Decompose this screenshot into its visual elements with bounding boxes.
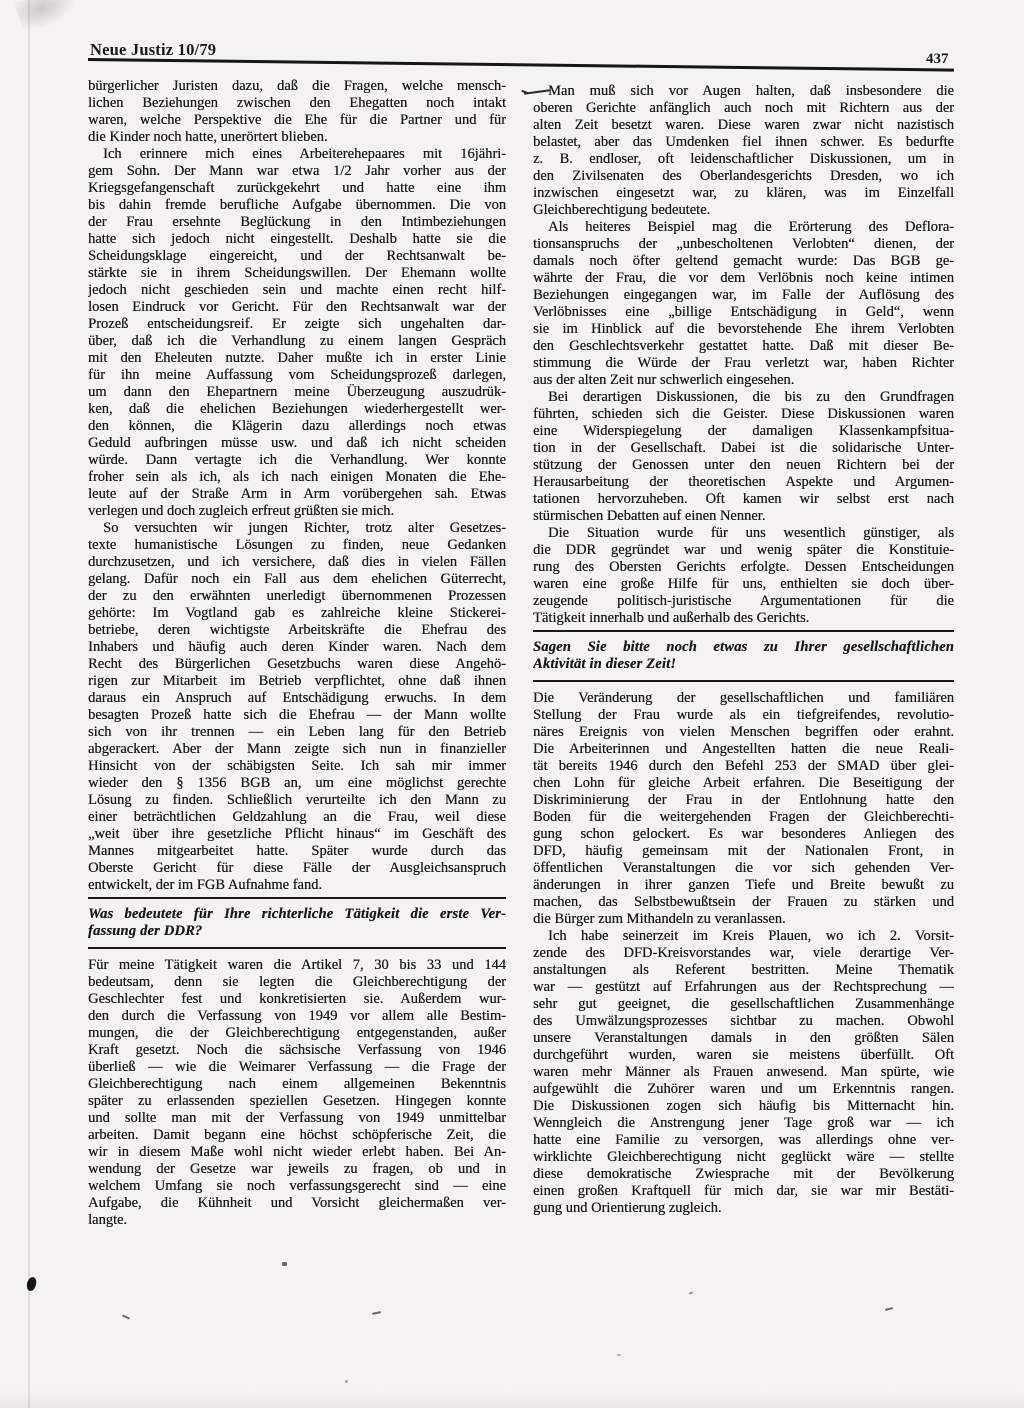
text-line: mungen, die der Gleichberechtigung entge… — [88, 1025, 506, 1042]
text-line: stärkte sie in ihrem Scheidungswillen. D… — [88, 265, 506, 282]
scan-speck — [617, 1354, 621, 1356]
text-line: eine Widerspiegelung der damaligen Klass… — [533, 423, 954, 440]
text-line: und sollte man mit der Verfassung von 19… — [88, 1110, 506, 1127]
text-line: Für meine Tätigkeit waren die Artikel 7,… — [88, 957, 506, 974]
text-line: inzwischen eingesetzt war, zu klären, wa… — [533, 185, 954, 202]
paragraph: Ich erinnere mich eines Arbeiterehepaare… — [88, 146, 506, 520]
text-line: betriebe, deren wichtigste Arbeitskräfte… — [88, 622, 506, 639]
ink-blob — [26, 1276, 37, 1291]
text-line: Verlöbnisses eine „billige Entschädigung… — [533, 304, 954, 321]
text-line: gem Sohn. Der Mann war etwa 1/2 Jahr vor… — [88, 163, 506, 180]
scan-speck — [689, 1291, 693, 1294]
text-line: waren eine große Hilfe für uns, enthielt… — [533, 576, 954, 593]
text-line: die Bürger zum Mithandeln zu veranlassen… — [533, 911, 954, 928]
text-line: DFD, häufig gemeinsam mit der Nationalen… — [533, 843, 954, 860]
interview-question: Sagen Sie bitte noch etwas zu Ihrer gese… — [533, 630, 954, 682]
text-line: währte der Frau, die vor dem Verlöbnis n… — [533, 270, 954, 287]
paragraph: bürgerlicher Juristen dazu, daß die Frag… — [88, 78, 506, 146]
scan-speck — [885, 1307, 893, 1311]
text-line: rigen zur Mitarbeit im Betrieb verpflich… — [88, 673, 506, 690]
paragraph: Bei derartigen Diskussionen, die bis zu … — [533, 389, 954, 525]
text-line: Als heiteres Beispiel mag die Erörterung… — [533, 219, 954, 236]
text-line: sie im Hinblick auf die bevorstehende Eh… — [533, 321, 954, 338]
paragraph: Die Situation wurde für uns wesentlich g… — [533, 525, 954, 627]
text-line: durchzusetzen, und ich versichere, daß d… — [88, 554, 506, 571]
text-line: einen großen Kraftquell für mich dar, si… — [533, 1183, 954, 1200]
text-line: diese demokratische Zwiesprache mit der … — [533, 1166, 954, 1183]
text-line: verlegen und doch zugleich erfreut grüßt… — [88, 503, 506, 520]
text-line: Gleichberechtigung bedeutete. — [533, 202, 954, 219]
text-line: langte. — [88, 1212, 506, 1229]
text-line: durchgeführt wurden, waren sie meistens … — [533, 1047, 954, 1064]
text-line: Aufgabe, die Kühnheit und Vorsicht gleic… — [88, 1195, 506, 1212]
text-line: zeugende politisch-juristische Argumenta… — [533, 593, 954, 610]
scan-speck — [372, 1311, 381, 1315]
text-line: Aktivität in dieser Zeit! — [533, 656, 954, 673]
text-line: Was bedeutete für Ihre richterliche Täti… — [88, 906, 506, 923]
text-line: arbeiten. Damit begann eine höchst schöp… — [88, 1127, 506, 1144]
text-line: besagten Prozeß hatte sich die Ehefrau —… — [88, 707, 506, 724]
scan-speck — [122, 1314, 130, 1319]
text-line: fassung der DDR? — [88, 923, 506, 940]
text-line: gehörte: Im Vogtland gab es zahlreiche k… — [88, 605, 506, 622]
text-line: zende des DFD-Kreisvorstandes war, viele… — [533, 945, 954, 962]
text-line: Kraft gesetzt. Noch die sächsische Verfa… — [88, 1042, 506, 1059]
text-line: Hinsicht von der schäbigsten Seite. Ich … — [88, 758, 506, 775]
text-line: Prozeß entscheidungsreif. Er zeigte sich… — [88, 316, 506, 333]
text-line: Die Diskussionen zogen sich häufig bis M… — [533, 1098, 954, 1115]
text-line: um dann den Ehepartnern meine Überzeugun… — [88, 384, 506, 401]
text-line: den Zivilsenaten des Oberlandesgerichts … — [533, 168, 954, 185]
text-line: stützung der Genossen unter den neuen Ri… — [533, 457, 954, 474]
text-line: Beziehungen eingegangen war, im Falle de… — [533, 287, 954, 304]
text-line: oberen Gerichte anfänglich auch noch mit… — [533, 100, 954, 117]
interview-question: Was bedeutete für Ihre richterliche Täti… — [88, 897, 506, 949]
text-line: z. B. endloser, oft leidenschaftlicher D… — [533, 151, 954, 168]
text-line: würde. Dann vertagte ich die Verhandlung… — [88, 452, 506, 469]
scan-speck — [282, 1262, 287, 1266]
text-line: aus der alten Zeit nur schwerlich einges… — [533, 372, 954, 389]
text-line: waren mehr Männer als Frauen anwesend. M… — [533, 1064, 954, 1081]
text-line: Die Arbeiterinnen und Angestellten hatte… — [533, 741, 954, 758]
text-line: sehr gut geeignet, die gesellschaftliche… — [533, 996, 954, 1013]
text-line: texte humanistische Lösungen zu finden, … — [88, 537, 506, 554]
text-line: den durch die Verfassung von 1949 vor al… — [88, 1008, 506, 1025]
text-line: öffentlichen Veranstaltungen die vor sic… — [533, 860, 954, 877]
text-line: später zu erlassenden speziellen Gesetze… — [88, 1093, 506, 1110]
text-line: chen Lohn für gleiche Arbeit erfahren. D… — [533, 775, 954, 792]
text-line: rung des Obersten Gerichts erfolgte. Des… — [533, 559, 954, 576]
corner-smudge-artifact — [14, 0, 82, 35]
text-line: So versuchten wir jungen Richter, trotz … — [88, 520, 506, 537]
text-line: unsere Veranstaltungen damals in den grö… — [533, 1030, 954, 1047]
text-line: tät bereits 1946 durch den Befehl 253 de… — [533, 758, 954, 775]
text-line: Scheidungsklage eingereicht, und der Rec… — [88, 248, 506, 265]
text-line: bis dahin fremde berufliche Aufgabe über… — [88, 197, 506, 214]
text-line: Oberste Gericht für diese Fälle der Ausg… — [88, 860, 506, 877]
text-line: näres Ereignis von vielen Menschen begri… — [533, 724, 954, 741]
scan-speck — [345, 1380, 348, 1383]
text-line: aufgewühlt die Zuhörer waren und um Erke… — [533, 1081, 954, 1098]
text-line: gung schon gelockert. Es war besonderes … — [533, 826, 954, 843]
text-line: des Umwälzungsprozesses sichtbar zu mach… — [533, 1013, 954, 1030]
text-line: Lösung zu finden. Schließlich verurteilt… — [88, 792, 506, 809]
text-line: tion in der Gesellschaft. Dabei ist die … — [533, 440, 954, 457]
text-line: Herausarbeitung der theoretischen Aspekt… — [533, 474, 954, 491]
text-line: überließ — wie die Weimarer Verfassung —… — [88, 1059, 506, 1076]
text-line: Recht des Bürgerlichen Gesetzbuchs waren… — [88, 656, 506, 673]
right-column: Man muß sich vor Augen halten, daß insbe… — [533, 83, 954, 1217]
text-line: abgerackert. Aber der Mann zeigte sich n… — [88, 741, 506, 758]
text-line: den Geschlechtsverkehr gestattet hatte. … — [533, 338, 954, 355]
text-line: Gleichberechtigung nach einem allgemeine… — [88, 1076, 506, 1093]
text-line: jedoch nicht geschieden sein und machte … — [88, 282, 506, 299]
text-line: Geschlechter fest und konkretisierten si… — [88, 991, 506, 1008]
journal-page: Neue Justiz 10/79 437 bürgerlicher Juris… — [0, 0, 1024, 1408]
text-line: lichen Beziehungen zwischen den Ehegatte… — [88, 95, 506, 112]
text-line: Kriegsgefangenschaft zurückgekehrt und h… — [88, 180, 506, 197]
text-line: entwickelt, der im FGB Aufnahme fand. — [88, 877, 506, 894]
journal-title: Neue Justiz 10/79 — [90, 40, 216, 60]
paragraph: Man muß sich vor Augen halten, daß insbe… — [533, 83, 954, 219]
text-line: für ihn meine Auffassung vom Scheidungsp… — [88, 367, 506, 384]
text-line: führten, schieden sich die Geister. Dies… — [533, 406, 954, 423]
header-rule — [88, 58, 954, 72]
text-line: Boden für die weitergehenden Fragen der … — [533, 809, 954, 826]
text-line: der Frau ersehnte Beglückung in den Inti… — [88, 214, 506, 231]
text-line: den können, die Klägerin dazu allerdings… — [88, 418, 506, 435]
text-line: welchem Umfang sie noch verfassungsgerec… — [88, 1178, 506, 1195]
text-line: tationen hervorzuheben. Oft kamen wir se… — [533, 491, 954, 508]
text-line: mit den Eheleuten nutzte. Daher mußte ic… — [88, 350, 506, 367]
text-line: änderungen in ihrer ganzen Tiefe und Bre… — [533, 877, 954, 894]
text-line: gung und Orientierung zugleich. — [533, 1200, 954, 1217]
paragraph: Für meine Tätigkeit waren die Artikel 7,… — [88, 957, 506, 1229]
text-line: über, daß ich die Verhandlung zu einem l… — [88, 333, 506, 350]
paragraph: Die Veränderung der gesellschaftlichen u… — [533, 690, 954, 928]
paragraph: Als heiteres Beispiel mag die Erörterung… — [533, 219, 954, 389]
text-line: hatte eine Familie zu versorgen, was all… — [533, 1132, 954, 1149]
text-line: Ich erinnere mich eines Arbeiterehepaare… — [88, 146, 506, 163]
text-line: sich von ihr trennen — ein Leben lang fü… — [88, 724, 506, 741]
text-line: Wenngleich die Anstrengung jener Tage gr… — [533, 1115, 954, 1132]
paragraph: So versuchten wir jungen Richter, trotz … — [88, 520, 506, 894]
text-line: Stellung der Frau wurde als ein tiefgrei… — [533, 707, 954, 724]
text-line: Geduld aufbringen müsse usw. und daß ich… — [88, 435, 506, 452]
text-line: Die Situation wurde für uns wesentlich g… — [533, 525, 954, 542]
left-edge-scan-line — [28, 0, 30, 1408]
text-line: hatte sich jedoch nicht eingestellt. Des… — [88, 231, 506, 248]
text-line: ken, daß die ehelichen Beziehungen wiede… — [88, 401, 506, 418]
text-line: „weit über ihre gesetzliche Pflicht hina… — [88, 826, 506, 843]
text-line: machen, das Selbstbewußtsein der Frauen … — [533, 894, 954, 911]
text-line: losen Eindruck vor Gericht. Für den Rech… — [88, 299, 506, 316]
text-line: Ich habe seinerzeit im Kreis Plauen, wo … — [533, 928, 954, 945]
text-line: wieder den § 1356 BGB an, um eine möglic… — [88, 775, 506, 792]
page-number: 437 — [926, 51, 949, 68]
text-line: wirklichte Gleichberechtigung nicht gegl… — [533, 1149, 954, 1166]
text-line: stürmischen Debatten auf einen Nenner. — [533, 508, 954, 525]
text-line: die Kinder noch hatte, unerörtert bliebe… — [88, 129, 506, 146]
text-line: Inhabers und häufig auch deren Kinder wa… — [88, 639, 506, 656]
left-column: bürgerlicher Juristen dazu, daß die Frag… — [88, 78, 506, 1229]
text-line: war — gestützt auf Erfahrungen aus der R… — [533, 979, 954, 996]
text-line: Man muß sich vor Augen halten, daß insbe… — [533, 83, 954, 100]
text-line: Diskriminierung der Frau in der Entlohnu… — [533, 792, 954, 809]
text-line: Sagen Sie bitte noch etwas zu Ihrer gese… — [533, 639, 954, 656]
text-line: einer beträchtlichen Geldzahlung an die … — [88, 809, 506, 826]
text-line: die DDR gegründet war und wenig später d… — [533, 542, 954, 559]
text-line: stimmung die Würde der Frau verletzt war… — [533, 355, 954, 372]
text-line: tionsanspruchs der „unbescholtenen Verlo… — [533, 236, 954, 253]
text-line: Mannes mitgearbeitet hatte. Später wurde… — [88, 843, 506, 860]
text-line: bürgerlicher Juristen dazu, daß die Frag… — [88, 78, 506, 95]
text-line: anstaltungen als Referent bestritten. Me… — [533, 962, 954, 979]
text-line: der zu den erwähnten unerledigt übernomm… — [88, 588, 506, 605]
text-line: alten Zeit besetzt waren. Diese waren zw… — [533, 117, 954, 134]
text-line: bedeutsam, denn sie legten die Gleichber… — [88, 974, 506, 991]
text-line: Die Veränderung der gesellschaftlichen u… — [533, 690, 954, 707]
text-line: belastet, aber das Umdenken fiel ihnen s… — [533, 134, 954, 151]
text-line: wir in diesem Maße wohl nicht wieder erl… — [88, 1144, 506, 1161]
text-line: gelang. Dafür noch ein Fall aus dem ehel… — [88, 571, 506, 588]
text-line: damals noch öfter geltend gemacht wurde:… — [533, 253, 954, 270]
text-line: Bei derartigen Diskussionen, die bis zu … — [533, 389, 954, 406]
paragraph: Ich habe seinerzeit im Kreis Plauen, wo … — [533, 928, 954, 1217]
text-line: leute auf der Straße Arm in Arm vorüberg… — [88, 486, 506, 503]
text-line: daraus ein Anspruch auf Entschädigung er… — [88, 690, 506, 707]
text-line: wendung der Gesetze war jeweils zu frage… — [88, 1161, 506, 1178]
text-line: froher sein als ich, als ich nach einige… — [88, 469, 506, 486]
text-line: Tätigkeit innerhalb und außerhalb des Ge… — [533, 610, 954, 627]
text-line: waren, welche Perspektive die Ehe für di… — [88, 112, 506, 129]
